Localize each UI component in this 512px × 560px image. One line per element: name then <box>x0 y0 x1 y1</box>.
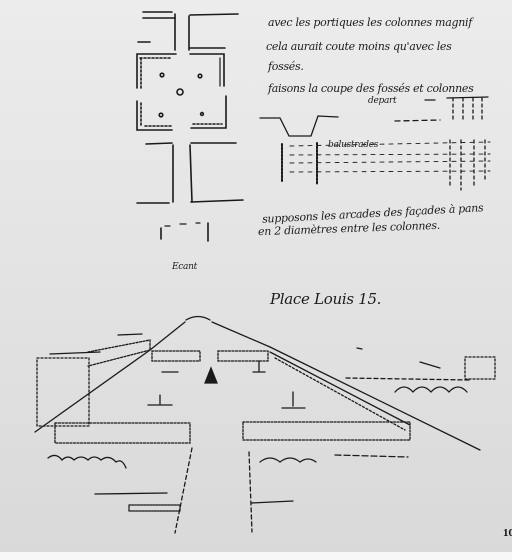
plan-sketch <box>137 12 243 241</box>
note-depart: depart <box>368 96 396 106</box>
bottom-margin <box>0 552 512 560</box>
note-line-2: cela aurait coute moins qu'avec les <box>266 40 452 53</box>
note-line-1: avec les portiques les colonnes magnif <box>268 16 472 29</box>
page-number: 10 <box>503 527 512 539</box>
perspective-title: Place Louis 15. <box>270 290 381 308</box>
note-line-4: faisons la coupe des fossés et colonnes <box>268 82 473 95</box>
section-label: balustrades <box>328 140 378 150</box>
perspective-sketch <box>35 317 495 534</box>
manuscript-page: avec les portiques les colonnes magnif c… <box>0 0 512 552</box>
note-line-3: fossés. <box>268 60 304 73</box>
plan-caption: Ecant <box>172 262 197 272</box>
